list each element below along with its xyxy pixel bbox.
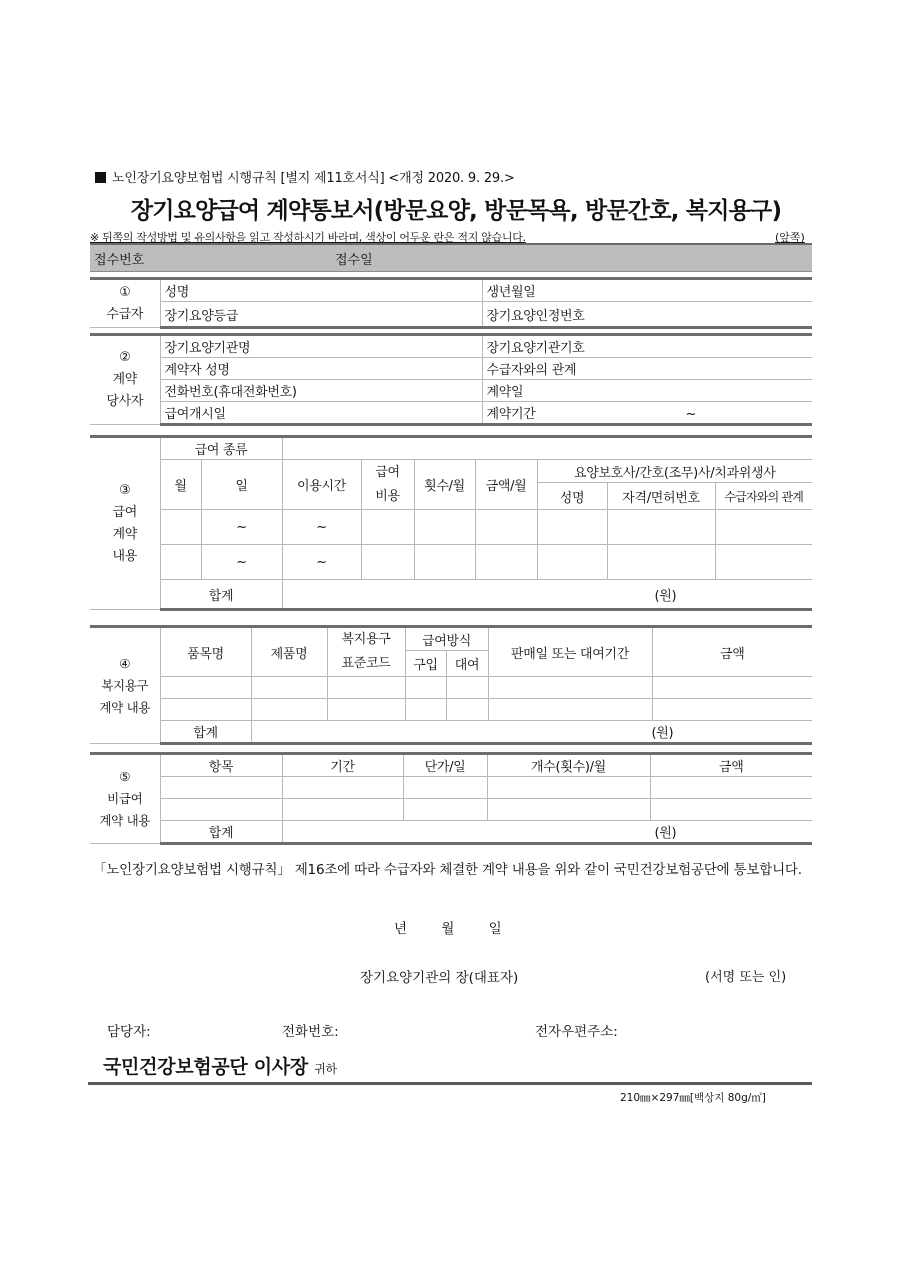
cell-period[interactable] <box>488 699 652 721</box>
representative-label: 장기요양기관의 장(대표자) <box>360 966 518 986</box>
field-contract-period[interactable]: 계약기간~ <box>482 402 812 425</box>
cell-standard-code[interactable] <box>327 677 405 699</box>
cell-period[interactable] <box>282 799 403 821</box>
section2-label: ②계약당사자 <box>90 335 160 425</box>
cell-amount[interactable] <box>475 545 537 580</box>
header-caregiver-group: 요양보호사/간호(조무)사/치과위생사 <box>537 460 812 483</box>
cell-count[interactable] <box>487 777 650 799</box>
contact-email-label: 전자우편주소: <box>535 1020 618 1040</box>
cell-cost[interactable] <box>361 510 414 545</box>
cell-amount[interactable] <box>475 510 537 545</box>
paper-spec: 210㎜×297㎜[백상지 80g/㎡] <box>620 1090 766 1105</box>
header-benefit-method: 급여방식 <box>405 627 488 651</box>
cell-caregiver-name[interactable] <box>537 545 607 580</box>
cell-amount[interactable] <box>652 699 812 721</box>
receipt-number-label: 접수번호 <box>94 249 144 268</box>
notification-statement: 「노인장기요양보험법 시행규칙」 제16조에 따라 수급자와 체결한 계약 내용… <box>93 857 813 883</box>
cell-rental[interactable] <box>446 677 488 699</box>
cell-amount[interactable] <box>650 799 812 821</box>
total-amount-field[interactable]: (원) <box>251 721 812 744</box>
cell-amount[interactable] <box>652 677 812 699</box>
total-amount-field[interactable]: (원) <box>282 580 812 610</box>
cell-day[interactable]: ~ <box>201 545 282 580</box>
section4-label: ④복지용구계약 내용 <box>90 627 160 744</box>
header-period: 기간 <box>282 754 403 777</box>
field-start-date[interactable]: 급여개시일 <box>160 402 482 425</box>
field-care-grade[interactable]: 장기요양등급 <box>160 302 482 328</box>
cell-time[interactable]: ~ <box>282 545 361 580</box>
section-benefit-contract: ③급여계약내용 급여 종류 월 일 이용시간 급여비용 횟수/월 금액/월 요양… <box>90 435 812 611</box>
header-license: 자격/면허번호 <box>607 483 715 510</box>
section5-label: ⑤비급여계약 내용 <box>90 754 160 844</box>
section1-label: ①수급자 <box>90 279 160 328</box>
cell-count[interactable] <box>414 510 475 545</box>
cell-amount[interactable] <box>650 777 812 799</box>
cell-count[interactable] <box>487 799 650 821</box>
cell-unit-price[interactable] <box>403 777 487 799</box>
contact-person-label: 담당자: <box>107 1020 151 1040</box>
cell-standard-code[interactable] <box>327 699 405 721</box>
cell-time[interactable]: ~ <box>282 510 361 545</box>
header-standard-code: 복지용구표준코드 <box>327 627 405 677</box>
cell-license[interactable] <box>607 510 715 545</box>
header-amount-month: 금액/월 <box>475 460 537 510</box>
header-usage-time: 이용시간 <box>282 460 361 510</box>
header-benefit-cost: 급여비용 <box>361 460 414 510</box>
header-month: 월 <box>160 460 201 510</box>
header-unit-price: 단가/일 <box>403 754 487 777</box>
regulation-line: 노인장기요양보험법 시행규칙 [별지 제11호서식] <개정 2020. 9. … <box>95 167 515 186</box>
section3-label: ③급여계약내용 <box>90 437 160 610</box>
cell-period[interactable] <box>282 777 403 799</box>
cell-rental[interactable] <box>446 699 488 721</box>
recipient: 국민건강보험공단 이사장 귀하 <box>103 1052 337 1079</box>
header-period: 판매일 또는 대여기간 <box>488 627 652 677</box>
cell-caregiver-name[interactable] <box>537 510 607 545</box>
cell-purchase[interactable] <box>405 699 446 721</box>
field-institution-code[interactable]: 장기요양기관기호 <box>482 335 812 358</box>
cell-purchase[interactable] <box>405 677 446 699</box>
cell-count[interactable] <box>414 545 475 580</box>
cell-product-name[interactable] <box>251 677 327 699</box>
header-amount: 금액 <box>652 627 812 677</box>
signature-field[interactable]: (서명 또는 인) <box>705 966 786 985</box>
header-item-name: 품목명 <box>160 627 251 677</box>
total-label: 합계 <box>160 580 282 610</box>
cell-relation[interactable] <box>715 545 812 580</box>
field-institution-name[interactable]: 장기요양기관명 <box>160 335 482 358</box>
header-item: 항목 <box>160 754 282 777</box>
total-amount-field[interactable]: (원) <box>282 821 812 844</box>
section-welfare-equipment: ④복지용구계약 내용 품목명 제품명 복지용구표준코드 급여방식 판매일 또는 … <box>90 625 812 745</box>
header-relation: 수급자와의 관계 <box>715 483 812 510</box>
cell-item-name[interactable] <box>160 699 251 721</box>
field-name[interactable]: 성명 <box>160 279 482 302</box>
header-count-month: 횟수/월 <box>414 460 475 510</box>
total-label: 합계 <box>160 721 251 744</box>
field-phone[interactable]: 전화번호(휴대전화번호) <box>160 380 482 402</box>
field-birthdate[interactable]: 생년월일 <box>482 279 812 302</box>
field-contract-date[interactable]: 계약일 <box>482 380 812 402</box>
field-relation[interactable]: 수급자와의 관계 <box>482 358 812 380</box>
contact-phone-label: 전화번호: <box>282 1020 339 1040</box>
field-contractor-name[interactable]: 계약자 성명 <box>160 358 482 380</box>
cell-period[interactable] <box>488 677 652 699</box>
header-rental: 대여 <box>446 651 488 677</box>
bottom-divider <box>88 1082 812 1085</box>
field-care-cert-number[interactable]: 장기요양인정번호 <box>482 302 812 328</box>
section-non-benefit: ⑤비급여계약 내용 항목 기간 단가/일 개수(횟수)/월 금액 합계 (원) <box>90 752 812 845</box>
header-purchase: 구입 <box>405 651 446 677</box>
date-line[interactable]: 년 월 일 <box>394 917 502 937</box>
total-label: 합계 <box>160 821 282 844</box>
header-product-name: 제품명 <box>251 627 327 677</box>
cell-day[interactable]: ~ <box>201 510 282 545</box>
cell-month[interactable] <box>160 545 201 580</box>
cell-license[interactable] <box>607 545 715 580</box>
cell-month[interactable] <box>160 510 201 545</box>
cell-relation[interactable] <box>715 510 812 545</box>
cell-unit-price[interactable] <box>403 799 487 821</box>
cell-item[interactable] <box>160 799 282 821</box>
field-benefit-type[interactable] <box>282 437 812 460</box>
header-amount: 금액 <box>650 754 812 777</box>
header-benefit-type: 급여 종류 <box>160 437 282 460</box>
header-caregiver-name: 성명 <box>537 483 607 510</box>
receipt-bar: 접수번호 접수일 <box>90 243 812 272</box>
cell-cost[interactable] <box>361 545 414 580</box>
section-contract-parties: ②계약당사자 장기요양기관명 장기요양기관기호 계약자 성명 수급자와의 관계 … <box>90 333 812 426</box>
cell-item[interactable] <box>160 777 282 799</box>
cell-product-name[interactable] <box>251 699 327 721</box>
header-count: 개수(횟수)/월 <box>487 754 650 777</box>
black-square-icon <box>95 172 106 183</box>
cell-item-name[interactable] <box>160 677 251 699</box>
header-day: 일 <box>201 460 282 510</box>
section-recipient: ①수급자 성명 생년월일 장기요양등급 장기요양인정번호 <box>90 277 812 329</box>
receipt-date-label: 접수일 <box>335 249 373 268</box>
form-title: 장기요양급여 계약통보서(방문요양, 방문목욕, 방문간호, 복지용구) <box>88 192 824 225</box>
regulation-text: 노인장기요양보험법 시행규칙 [별지 제11호서식] <개정 2020. 9. … <box>112 171 515 186</box>
